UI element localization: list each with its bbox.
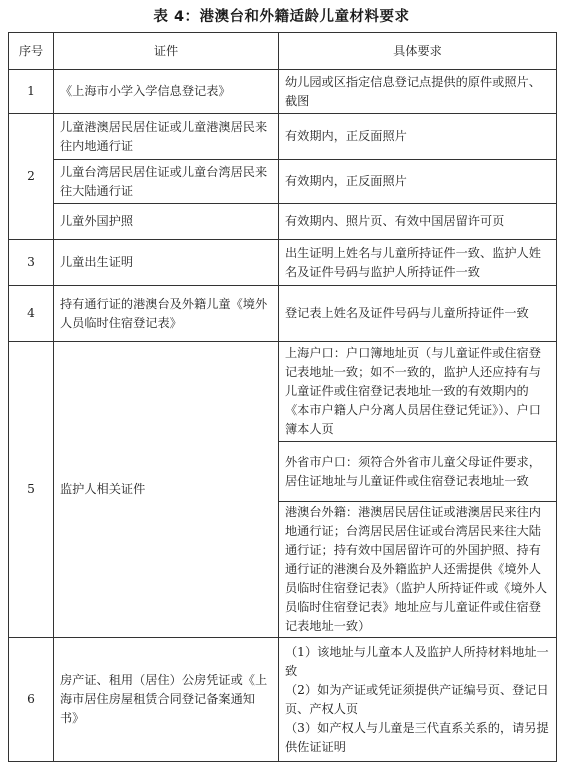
row-document: 房产证、租用（居住）公房凭证或《上海市居住房屋租赁合同登记备案通知书》: [54, 638, 279, 762]
row-requirement: 幼儿园或区指定信息登记点提供的原件或照片、截图: [279, 70, 557, 114]
table-header-row: 序号 证件 具体要求: [9, 33, 557, 70]
row-requirement: 有效期内，正反面照片: [279, 114, 557, 160]
row-requirement-hk-macau-taiwan-foreign: 港澳台外籍：港澳居民居住证或港澳居民来往内地通行证；台湾居民居住证或台湾居民来往…: [279, 502, 557, 638]
row-requirement-list: （1）该地址与儿童本人及监护人所持材料地址一致 （2）如为产证或凭证须提供产证编…: [279, 638, 557, 762]
row-seq: 3: [9, 240, 54, 286]
table-row: 6 房产证、租用（居住）公房凭证或《上海市居住房屋租赁合同登记备案通知书》 （1…: [9, 638, 557, 762]
row-requirement: 登记表上姓名及证件号码与儿童所持证件一致: [279, 286, 557, 342]
header-document: 证件: [54, 33, 279, 70]
materials-requirements-table: 序号 证件 具体要求 1 《上海市小学入学信息登记表》 幼儿园或区指定信息登记点…: [8, 32, 557, 762]
header-requirement: 具体要求: [279, 33, 557, 70]
table-row: 4 持有通行证的港澳台及外籍儿童《境外人员临时住宿登记表》 登记表上姓名及证件号…: [9, 286, 557, 342]
table-row: 儿童台湾居民居住证或儿童台湾居民来往大陆通行证 有效期内，正反面照片: [9, 160, 557, 204]
row-document: 儿童台湾居民居住证或儿童台湾居民来往大陆通行证: [54, 160, 279, 204]
header-seq: 序号: [9, 33, 54, 70]
row-requirement: 有效期内，正反面照片: [279, 160, 557, 204]
row-requirement: 有效期内、照片页、有效中国居留许可页: [279, 204, 557, 240]
row-requirement-other-province: 外省市户口：须符合外省市儿童父母证件要求，居住证地址与儿童证件或住宿登记表地址一…: [279, 442, 557, 502]
row-seq: 1: [9, 70, 54, 114]
row-seq: 6: [9, 638, 54, 762]
requirement-line: （1）该地址与儿童本人及监护人所持材料地址一致: [285, 643, 550, 681]
row-seq: 4: [9, 286, 54, 342]
row-document: 儿童外国护照: [54, 204, 279, 240]
table-row: 1 《上海市小学入学信息登记表》 幼儿园或区指定信息登记点提供的原件或照片、截图: [9, 70, 557, 114]
row-requirement: 出生证明上姓名与儿童所持证件一致、监护人姓名及证件号码与监护人所持证件一致: [279, 240, 557, 286]
row-seq: 2: [9, 114, 54, 240]
row-document: 《上海市小学入学信息登记表》: [54, 70, 279, 114]
requirement-line: （2）如为产证或凭证须提供产证编号页、登记日页、产权人页: [285, 681, 550, 719]
row-document: 儿童出生证明: [54, 240, 279, 286]
table-row: 5 监护人相关证件 上海户口：户口簿地址页（与儿童证件或住宿登记表地址一致；如不…: [9, 342, 557, 442]
row-seq: 5: [9, 342, 54, 638]
table-row: 3 儿童出生证明 出生证明上姓名与儿童所持证件一致、监护人姓名及证件号码与监护人…: [9, 240, 557, 286]
table-row: 2 儿童港澳居民居住证或儿童港澳居民来往内地通行证 有效期内，正反面照片: [9, 114, 557, 160]
row-requirement-shanghai: 上海户口：户口簿地址页（与儿童证件或住宿登记表地址一致；如不一致的，监护人还应持…: [279, 342, 557, 442]
table-title: 表 4：港澳台和外籍适龄儿童材料要求: [0, 5, 563, 26]
row-document: 监护人相关证件: [54, 342, 279, 638]
row-document: 儿童港澳居民居住证或儿童港澳居民来往内地通行证: [54, 114, 279, 160]
table-row: 儿童外国护照 有效期内、照片页、有效中国居留许可页: [9, 204, 557, 240]
requirement-line: （3）如产权人与儿童是三代直系关系的，请另提供佐证证明: [285, 719, 550, 757]
row-document: 持有通行证的港澳台及外籍儿童《境外人员临时住宿登记表》: [54, 286, 279, 342]
